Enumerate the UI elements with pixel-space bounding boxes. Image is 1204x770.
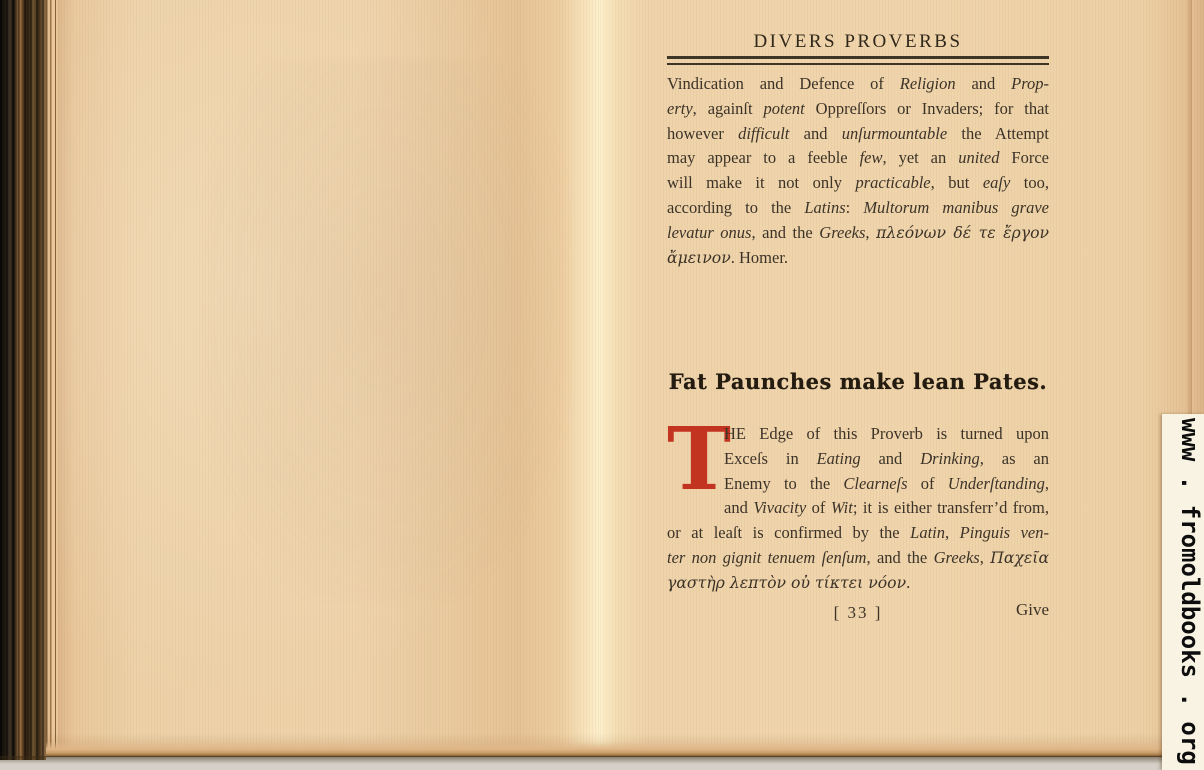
text-line: γαστὴρ λεπτὸν οὐ τίκτει νόον. bbox=[667, 571, 1049, 596]
text-line: ter non gignit tenuem ſenſum, and the Gr… bbox=[667, 546, 1049, 571]
book-shadow bbox=[0, 756, 1204, 764]
page-text-column: DIVERS PROVERBS Vindication and Defence … bbox=[667, 0, 1049, 700]
text-line: however difficult and unſurmountable the… bbox=[667, 122, 1049, 147]
text-line: levatur onus, and the Greeks, πλεόνων δέ… bbox=[667, 221, 1049, 246]
text-line: erty, againſt potent Oppreſſors or Invad… bbox=[667, 97, 1049, 122]
watermark-strip: www . fromoldbooks . org bbox=[1162, 414, 1204, 770]
text-line: will make it not only practicable, but e… bbox=[667, 171, 1049, 196]
running-header: DIVERS PROVERBS bbox=[667, 31, 1049, 53]
text-line: and Vivacity of Wit; it is either transf… bbox=[724, 496, 1049, 521]
book-scan: DIVERS PROVERBS Vindication and Defence … bbox=[0, 0, 1204, 770]
paragraph-continuation: Vindication and Defence of Religion and … bbox=[667, 72, 1049, 270]
stacked-page-edges bbox=[46, 0, 58, 752]
text-line: ἄμεινον. Homer. bbox=[667, 246, 1049, 271]
proverb-title: Fat Paunches make lean Pates. bbox=[667, 369, 1049, 394]
show-through-ghost bbox=[198, 60, 568, 600]
proverb-paragraph: T HE Edge of this Proverb is turned upon… bbox=[667, 422, 1049, 596]
text-line: Exceſs in Eating and Drinking, as an bbox=[724, 447, 1049, 472]
text-line: Enemy to the Clearneſs of Underſtanding, bbox=[724, 472, 1049, 497]
page-number: [ 33 ] bbox=[667, 603, 1049, 623]
text-line: HE Edge of this Proverb is turned upon bbox=[724, 422, 1049, 447]
text-line: may appear to a feeble few, yet an unite… bbox=[667, 146, 1049, 171]
text-line: Vindication and Defence of Religion and … bbox=[667, 72, 1049, 97]
header-double-rule bbox=[667, 56, 1049, 65]
text-line: according to the Latins: Multorum manibu… bbox=[667, 196, 1049, 221]
text-line: or at leaſt is confirmed by the Latin, P… bbox=[667, 521, 1049, 546]
book-bottom-edge bbox=[46, 733, 1204, 757]
catchword: Give bbox=[1016, 600, 1049, 620]
left-page-blank bbox=[58, 0, 600, 752]
watermark-text: www . fromoldbooks . org bbox=[1162, 414, 1204, 770]
book-spine-binding bbox=[0, 0, 46, 760]
drop-cap-initial: T bbox=[667, 426, 717, 500]
